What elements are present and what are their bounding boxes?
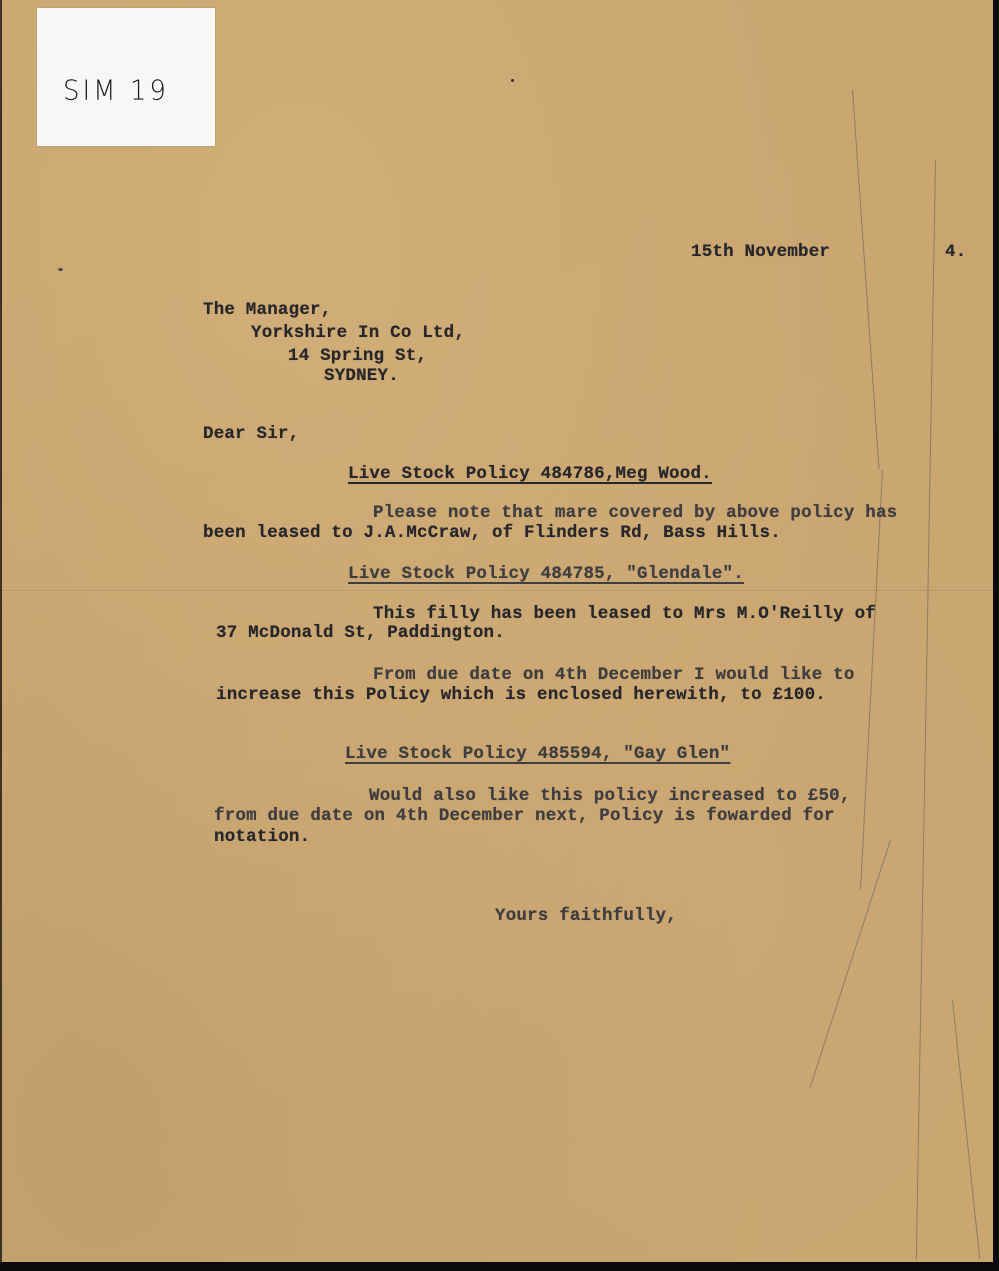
section-heading: Live Stock Policy 484786,Meg Wood. [348, 466, 712, 484]
body-line: From due date on 4th December I would li… [373, 667, 855, 685]
paper-crack [852, 90, 880, 469]
closing: Yours faithfully, [495, 908, 677, 926]
scan-edge-right [993, 0, 999, 1271]
letter-date: 15th November [691, 244, 830, 262]
body-line: Please note that mare covered by above p… [373, 505, 897, 523]
body-line: This filly has been leased to Mrs M.O'Re… [373, 606, 876, 624]
body-line: Would also like this policy increased to… [369, 788, 851, 806]
ink-speck [511, 79, 514, 82]
scan-edge-bottom [0, 1262, 999, 1271]
body-line: 37 McDonald St, Paddington. [216, 625, 505, 643]
paper-crack [952, 1000, 980, 1259]
section-heading: Live Stock Policy 484785, "Glendale". [348, 566, 744, 584]
page-number: 4. [945, 244, 966, 262]
body-line: from due date on 4th December next, Poli… [214, 808, 835, 826]
archive-label-card: SIM 19 [37, 8, 215, 146]
letter-page: SIM 19 15th November 4. The Manager, Yor… [0, 0, 993, 1262]
ink-speck [58, 268, 63, 271]
archive-label-text: SIM 19 [63, 75, 169, 107]
paper-fold-line [2, 590, 995, 591]
recipient-line: Yorkshire In Co Ltd, [251, 325, 465, 343]
recipient-line: SYDNEY. [324, 368, 399, 386]
paper-crack [916, 160, 936, 1260]
salutation: Dear Sir, [203, 426, 299, 444]
body-line: notation. [214, 829, 310, 847]
body-line: been leased to J.A.McCraw, of Flinders R… [203, 525, 781, 543]
body-line: increase this Policy which is enclosed h… [216, 687, 826, 705]
recipient-line: The Manager, [203, 302, 331, 320]
paper-crack [860, 470, 883, 889]
section-heading: Live Stock Policy 485594, "Gay Glen" [345, 746, 730, 764]
paper-crack [810, 840, 891, 1088]
recipient-line: 14 Spring St, [288, 348, 427, 366]
